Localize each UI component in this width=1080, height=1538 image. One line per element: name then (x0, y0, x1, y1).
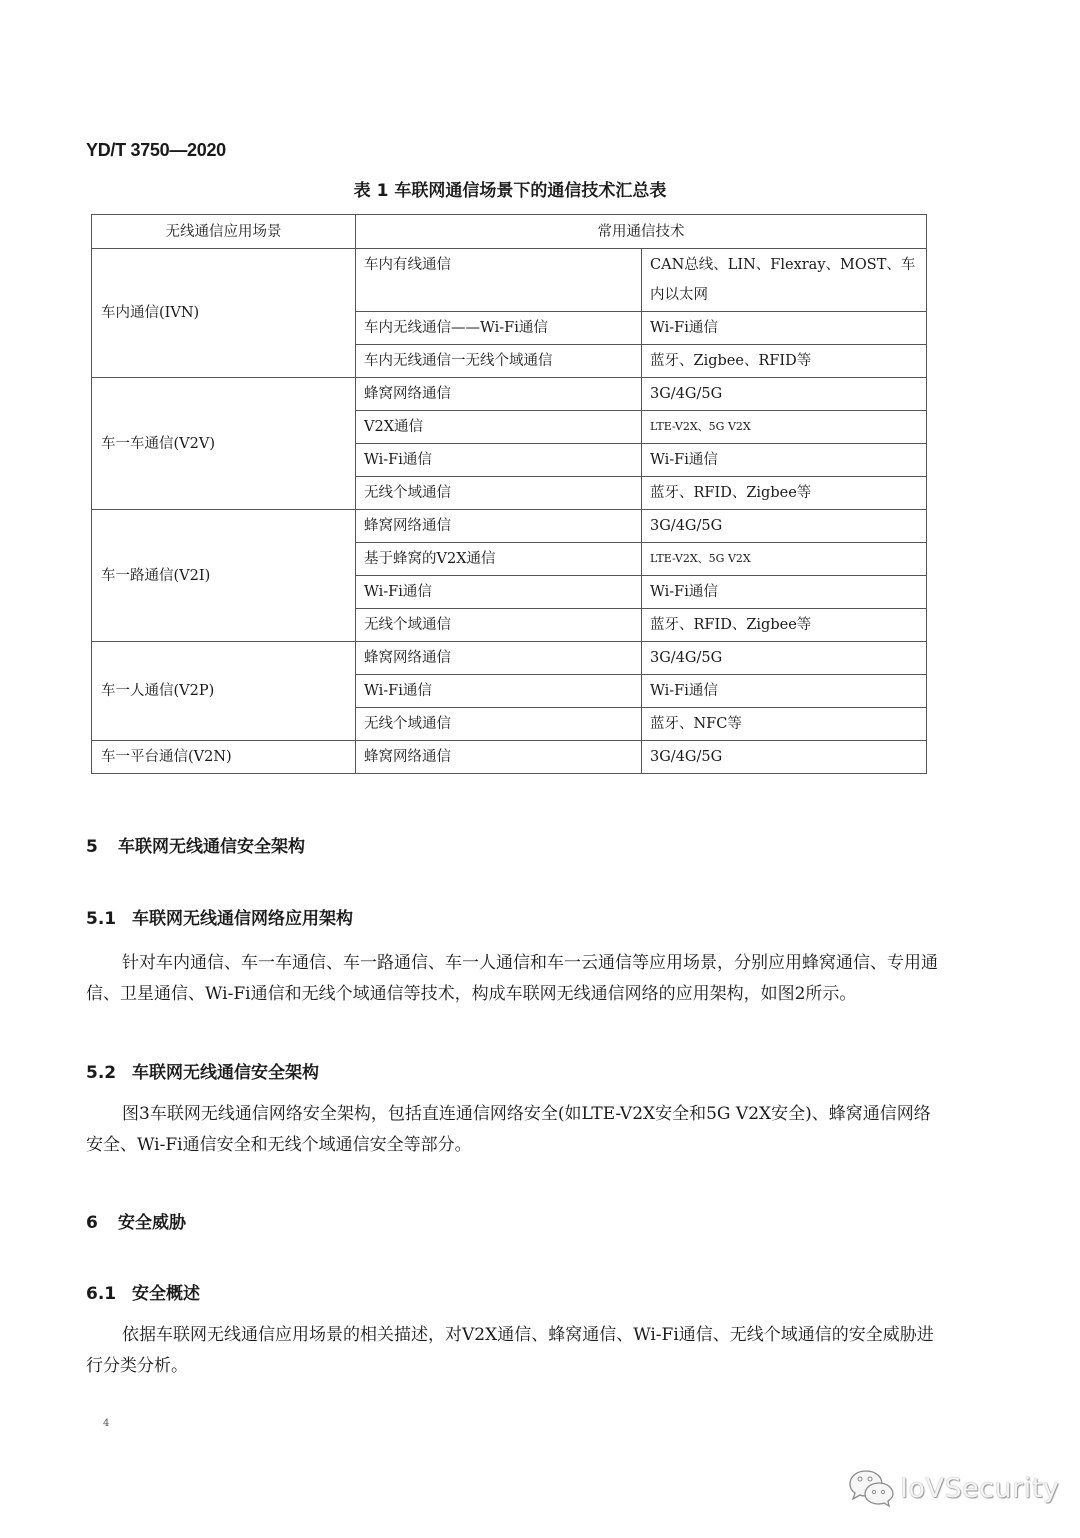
scene-cell: 车一人通信(V2P) (92, 642, 356, 741)
type-cell: 车内有线通信 (356, 249, 642, 312)
table-header-row: 无线通信应用场景 常用通信技术 (92, 215, 927, 249)
scene-cell: 车一平台通信(V2N) (92, 741, 356, 774)
section-title: 车联网无线通信网络应用架构 (132, 909, 353, 929)
tech-cell: 蓝牙、RFID、Zigbee等 (642, 609, 927, 642)
section-number: 6.1 (86, 1284, 132, 1304)
section-title: 安全概述 (132, 1284, 200, 1304)
type-cell: 车内无线通信一无线个域通信 (356, 345, 642, 378)
table-caption: 表 1 车联网通信场景下的通信技术汇总表 (0, 176, 1020, 201)
table-row: 车一路通信(V2I) 蜂窝网络通信 3G/4G/5G (92, 510, 927, 543)
section-number: 5.1 (86, 909, 132, 929)
document-code: YD/T 3750—2020 (86, 140, 226, 161)
column-header-scene: 无线通信应用场景 (92, 215, 356, 249)
column-header-tech: 常用通信技术 (356, 215, 927, 249)
tech-cell: Wi-Fi通信 (642, 576, 927, 609)
type-cell: Wi-Fi通信 (356, 576, 642, 609)
paragraph-6-1: 依据车联网无线通信应用场景的相关描述，对V2X通信、蜂窝通信、Wi-Fi通信、无… (86, 1320, 946, 1382)
tech-cell: CAN总线、LIN、Flexray、MOST、车内以太网 (642, 249, 927, 312)
section-title: 车联网无线通信安全架构 (118, 837, 305, 857)
section-number: 6 (86, 1213, 118, 1233)
paragraph-5-2: 图3车联网无线通信网络安全架构，包括直连通信网络安全(如LTE-V2X安全和5G… (86, 1099, 946, 1161)
tech-cell: 蓝牙、NFC等 (642, 708, 927, 741)
table-row: 车一人通信(V2P) 蜂窝网络通信 3G/4G/5G (92, 642, 927, 675)
tech-cell: 3G/4G/5G (642, 741, 927, 774)
section-heading-6: 6安全威胁 (86, 1208, 186, 1233)
type-cell: Wi-Fi通信 (356, 444, 642, 477)
section-heading-5-2: 5.2车联网无线通信安全架构 (86, 1058, 319, 1083)
table-row: 车内通信(IVN) 车内有线通信 CAN总线、LIN、Flexray、MOST、… (92, 249, 927, 312)
tech-cell: LTE-V2X、5G V2X (642, 411, 927, 444)
tech-cell: 3G/4G/5G (642, 642, 927, 675)
wechat-icon (848, 1468, 896, 1508)
table-row: 车一车通信(V2V) 蜂窝网络通信 3G/4G/5G (92, 378, 927, 411)
page-number: 4 (103, 1418, 109, 1429)
section-number: 5 (86, 837, 118, 857)
type-cell: Wi-Fi通信 (356, 675, 642, 708)
tech-cell: Wi-Fi通信 (642, 312, 927, 345)
type-cell: 无线个域通信 (356, 609, 642, 642)
communication-technology-table: 无线通信应用场景 常用通信技术 车内通信(IVN) 车内有线通信 CAN总线、L… (91, 214, 927, 774)
scene-cell: 车一路通信(V2I) (92, 510, 356, 642)
type-cell: 基于蜂窝的V2X通信 (356, 543, 642, 576)
type-cell: 无线个域通信 (356, 708, 642, 741)
tech-cell: Wi-Fi通信 (642, 444, 927, 477)
paragraph-5-1: 针对车内通信、车一车通信、车一路通信、车一人通信和车一云通信等应用场景，分别应用… (86, 948, 946, 1010)
tech-cell: 蓝牙、RFID、Zigbee等 (642, 477, 927, 510)
scene-cell: 车一车通信(V2V) (92, 378, 356, 510)
section-heading-5: 5车联网无线通信安全架构 (86, 832, 305, 857)
type-cell: 车内无线通信——Wi-Fi通信 (356, 312, 642, 345)
type-cell: V2X通信 (356, 411, 642, 444)
type-cell: 蜂窝网络通信 (356, 642, 642, 675)
section-heading-5-1: 5.1车联网无线通信网络应用架构 (86, 904, 353, 929)
scene-cell: 车内通信(IVN) (92, 249, 356, 378)
watermark: IoVSecurity (848, 1468, 1059, 1508)
tech-cell: 3G/4G/5G (642, 378, 927, 411)
type-cell: 无线个域通信 (356, 477, 642, 510)
section-heading-6-1: 6.1安全概述 (86, 1279, 200, 1304)
type-cell: 蜂窝网络通信 (356, 741, 642, 774)
table-row: 车一平台通信(V2N) 蜂窝网络通信 3G/4G/5G (92, 741, 927, 774)
section-title: 安全威胁 (118, 1213, 186, 1233)
section-title: 车联网无线通信安全架构 (132, 1063, 319, 1083)
tech-cell: LTE-V2X、5G V2X (642, 543, 927, 576)
tech-cell: 蓝牙、Zigbee、RFID等 (642, 345, 927, 378)
tech-cell: Wi-Fi通信 (642, 675, 927, 708)
type-cell: 蜂窝网络通信 (356, 510, 642, 543)
type-cell: 蜂窝网络通信 (356, 378, 642, 411)
section-number: 5.2 (86, 1063, 132, 1083)
tech-cell: 3G/4G/5G (642, 510, 927, 543)
watermark-text: IoVSecurity (900, 1473, 1059, 1504)
